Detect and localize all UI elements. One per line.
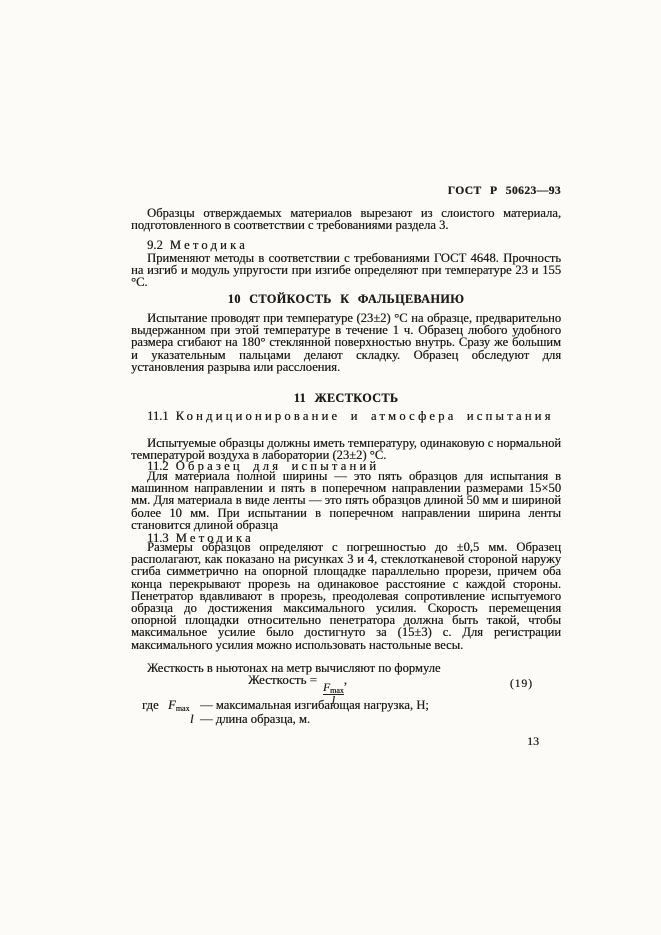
clause-9-paragraph-1: Образцы отверждаемых материалов вырезают… (131, 207, 561, 231)
clause-9-paragraph-2: Применяют методы в соответствии с требов… (131, 252, 561, 289)
section-10-heading: 10 СТОЙКОСТЬ К ФАЛЬЦЕВАНИЮ (131, 293, 561, 305)
subclause-number: 9.2 (147, 238, 163, 252)
running-header-gost-number: ГОСТ Р 50623—93 (131, 185, 561, 197)
legend-intro-spacer (142, 713, 168, 727)
legend-text-fmax: — максимальная изгибающая нагрузка, Н; (200, 699, 572, 713)
legend-row-fmax: где Fmax — максимальная изгибающая нагру… (142, 699, 572, 713)
legend-symbol-length: l (168, 713, 200, 727)
subclause-title: Методика (170, 238, 248, 252)
clause-11-2-paragraph: Для материала полной ширины — это пять о… (131, 470, 561, 531)
formula-comma: , (344, 672, 347, 687)
clause-11-3-paragraph: Размеры образцов определяют с погрешност… (131, 541, 561, 651)
legend-symbol-fmax: Fmax (168, 699, 200, 713)
formula-legend: где Fmax — максимальная изгибающая нагру… (131, 699, 572, 727)
clause-11-1-paragraph: Испытуемые образцы должны иметь температ… (131, 437, 561, 461)
stiffness-formula-row: Жесткость =Fmaxl, (19) (131, 674, 561, 700)
legend-row-length: l — длина образца, м. (142, 713, 572, 727)
subclause-title: Кондиционирование и атмосфера испытания (176, 409, 554, 423)
formula-lhs: Жесткость = (248, 672, 317, 687)
subclause-number: 11.1 (147, 409, 169, 423)
legend-text-length: — длина образца, м. (200, 713, 572, 727)
section-11-heading: 11 ЖЕСТКОСТЬ (131, 392, 561, 404)
page-number: 13 (131, 735, 561, 747)
subclause-11-1-heading: 11.1Кондиционирование и атмосфера испыта… (131, 410, 561, 422)
equation-number: (19) (510, 678, 533, 690)
subclause-9-2-heading: 9.2Методика (131, 239, 561, 251)
legend-intro: где (142, 699, 168, 713)
section-10-paragraph: Испытание проводят при температуре (23±2… (131, 312, 561, 373)
scanned-standard-page: ГОСТ Р 50623—93 Образцы отверждаемых мат… (0, 0, 661, 935)
fraction-numerator: Fmax (323, 683, 344, 693)
